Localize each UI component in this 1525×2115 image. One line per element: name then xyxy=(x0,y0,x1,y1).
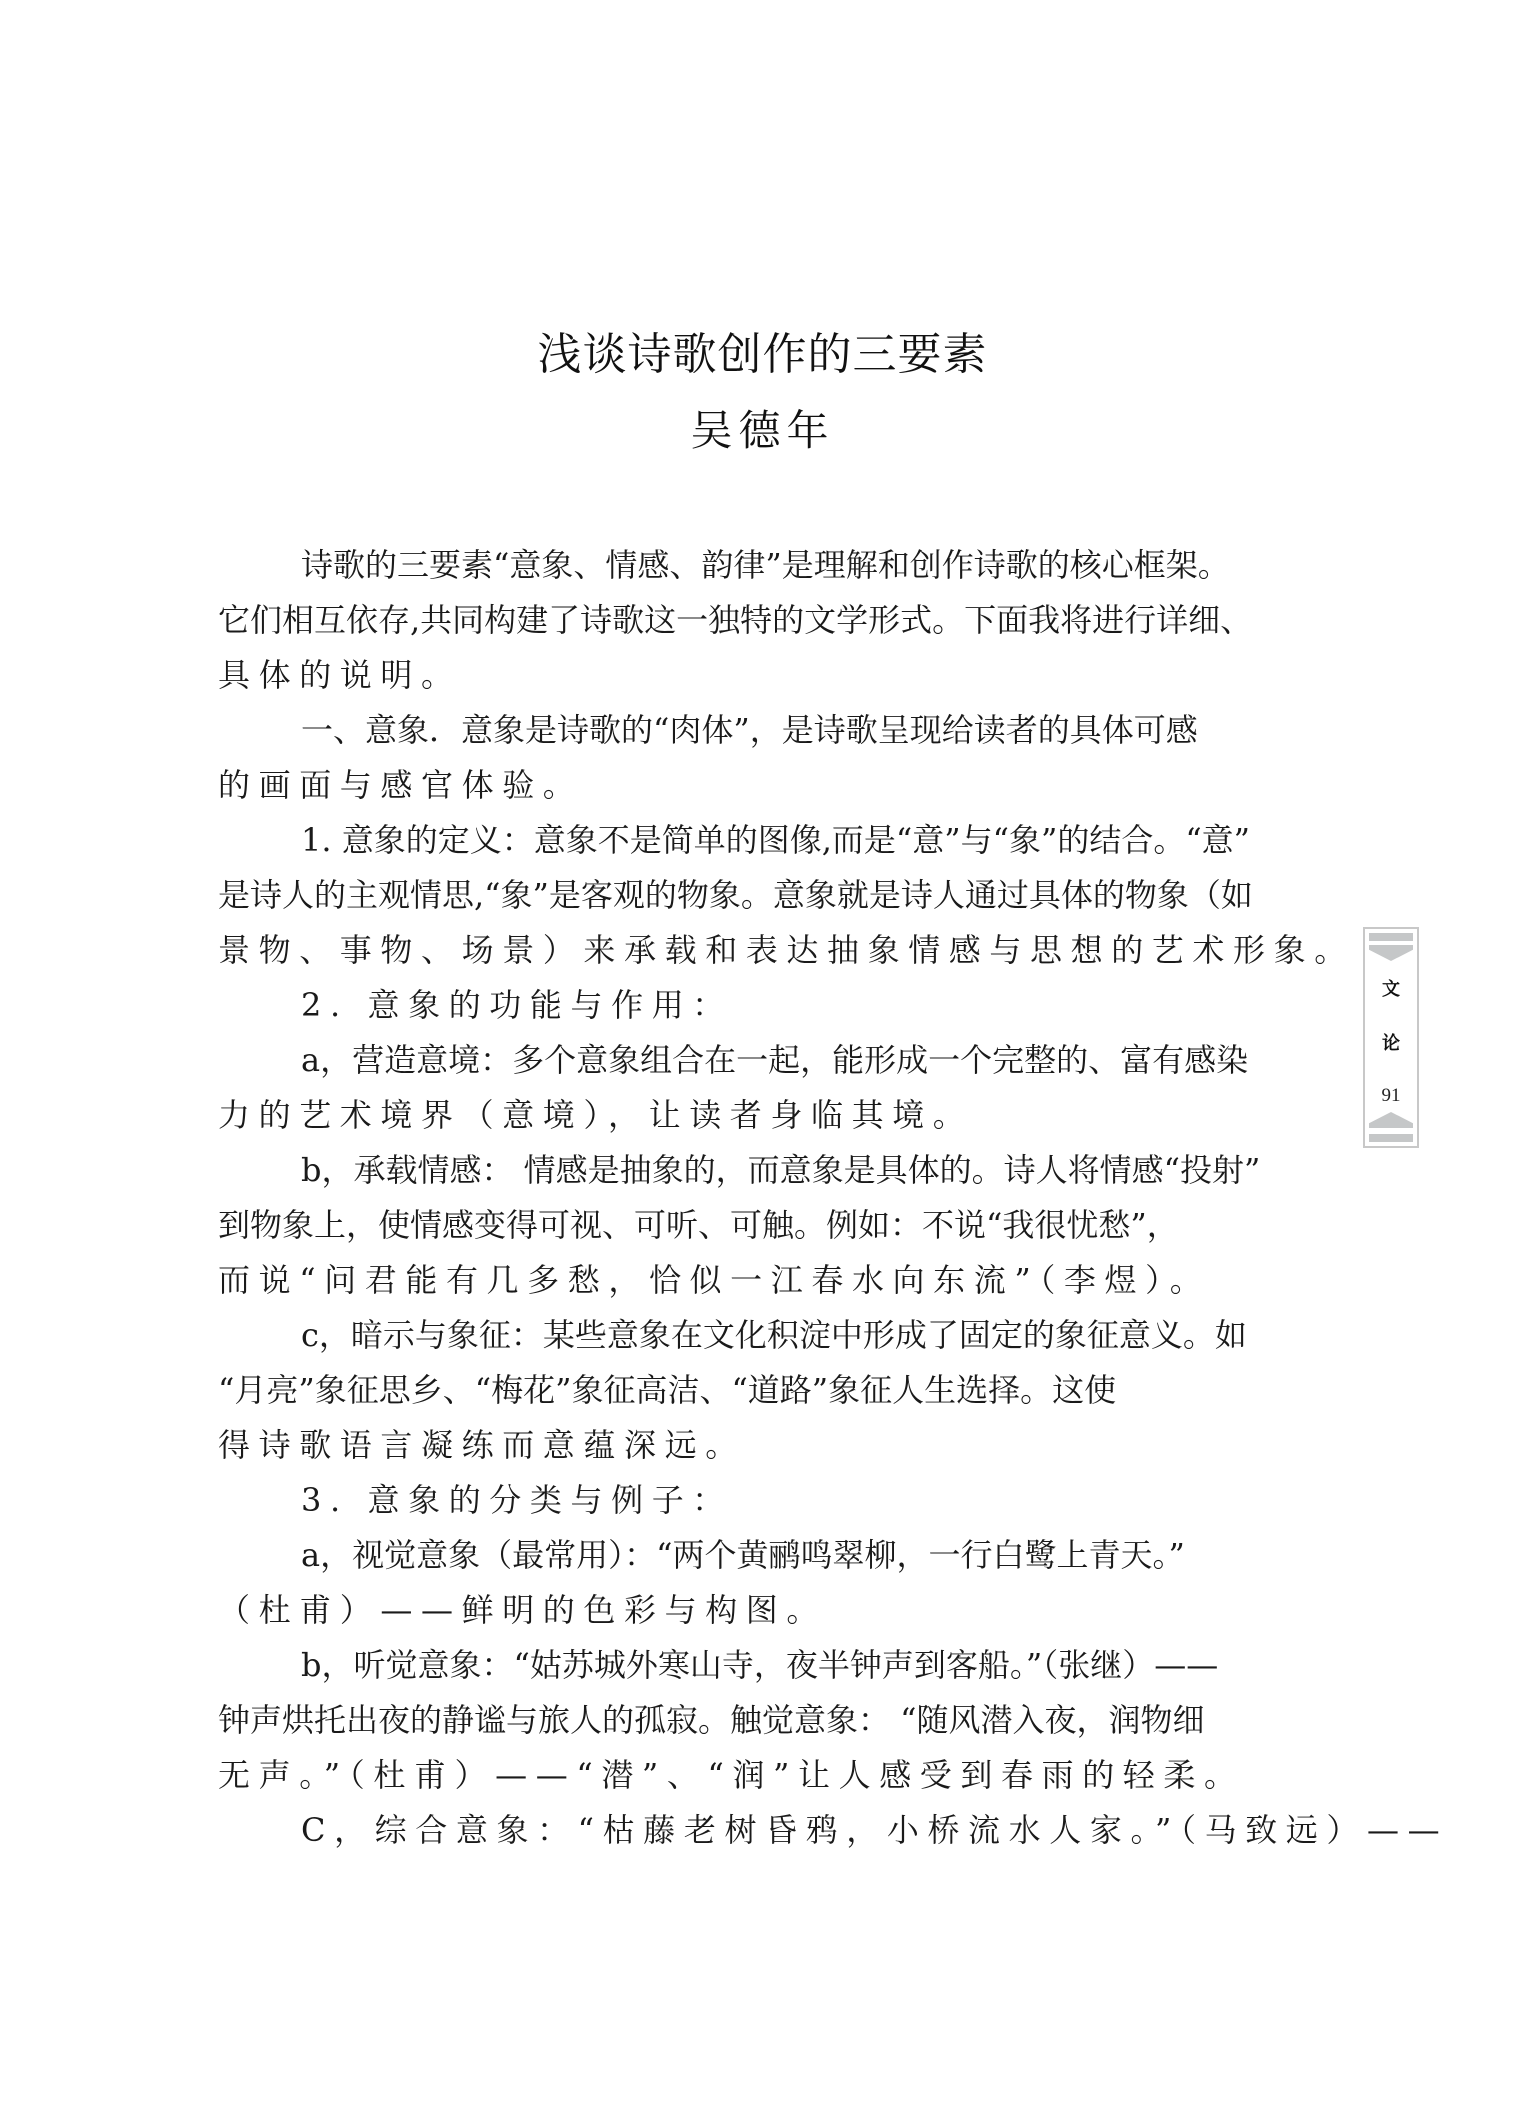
paragraph: C，综合意象：“枯藤老树昏鸦，小桥流水人家。”（马致远）—— xyxy=(218,1803,1308,1858)
tab-top-chevron xyxy=(1369,945,1413,961)
paragraph: a，营造意境：多个意象组合在一起，能形成一个完整的、富有感染力的艺术境界（意境）… xyxy=(218,1033,1308,1143)
text-line: 无声。”（杜甫）——“潜”、“润”让人感受到春雨的轻柔。 xyxy=(218,1748,1308,1803)
page-number: 91 xyxy=(1365,1085,1417,1107)
tab-bottom-bar xyxy=(1369,1134,1413,1142)
text-line: 景物、事物、场景）来承载和表达抽象情感与思想的艺术形象。 xyxy=(218,923,1308,978)
paragraph: 3. 意象的分类与例子： xyxy=(218,1473,1308,1528)
paragraph: c，暗示与象征：某些意象在文化积淀中形成了固定的象征意义。如“月亮”象征思乡、“… xyxy=(218,1308,1308,1473)
paragraph: 一、意象．意象是诗歌的“肉体”，是诗歌呈现给读者的具体可感的画面与感官体验。 xyxy=(218,703,1308,813)
text-line: “月亮”象征思乡、“梅花”象征高洁、“道路”象征人生选择。这使 xyxy=(218,1363,1308,1418)
text-line: 钟声烘托出夜的静谧与旅人的孤寂。触觉意象： “随风潜入夜，润物细 xyxy=(218,1693,1308,1748)
text-line: 力的艺术境界（意境），让读者身临其境。 xyxy=(218,1088,1308,1143)
text-line: C，综合意象：“枯藤老树昏鸦，小桥流水人家。”（马致远）—— xyxy=(218,1803,1308,1858)
text-line: 2. 意象的功能与作用： xyxy=(218,978,1308,1033)
tab-char-wen: 文 xyxy=(1365,975,1417,1001)
text-line: 3. 意象的分类与例子： xyxy=(218,1473,1308,1528)
text-line: 到物象上，使情感变得可视、可听、可触。例如：不说“我很忧愁”， xyxy=(218,1198,1308,1253)
text-line: c，暗示与象征：某些意象在文化积淀中形成了固定的象征意义。如 xyxy=(218,1308,1308,1363)
paragraph: a，视觉意象（最常用）：“两个黄鹂鸣翠柳，一行白鹭上青天。”（杜甫）——鲜明的色… xyxy=(218,1528,1308,1638)
paragraph: 1. 意象的定义：意象不是简单的图像,而是“意”与“象”的结合。“意”是诗人的主… xyxy=(218,813,1308,978)
paragraph: 2. 意象的功能与作用： xyxy=(218,978,1308,1033)
text-line: 得诗歌语言凝练而意蕴深远。 xyxy=(218,1418,1308,1473)
tab-char-lun: 论 xyxy=(1365,1029,1417,1055)
text-line: 1. 意象的定义：意象不是简单的图像,而是“意”与“象”的结合。“意” xyxy=(218,813,1308,868)
text-line: a，视觉意象（最常用）：“两个黄鹂鸣翠柳，一行白鹭上青天。” xyxy=(218,1528,1308,1583)
paragraph: 诗歌的三要素“意象、情感、韵律”是理解和创作诗歌的核心框架。它们相互依存,共同构… xyxy=(218,538,1308,703)
text-line: 它们相互依存,共同构建了诗歌这一独特的文学形式。下面我将进行详细、 xyxy=(218,593,1308,648)
tab-bottom-chevron xyxy=(1369,1112,1413,1128)
article-author: 吴德年 xyxy=(0,398,1525,458)
text-line: 一、意象．意象是诗歌的“肉体”，是诗歌呈现给读者的具体可感 xyxy=(218,703,1308,758)
text-line: （杜甫）——鲜明的色彩与构图。 xyxy=(218,1583,1308,1638)
text-line: 诗歌的三要素“意象、情感、韵律”是理解和创作诗歌的核心框架。 xyxy=(218,538,1308,593)
text-line: b，听觉意象：“姑苏城外寒山寺，夜半钟声到客船。”（张继）—— xyxy=(218,1638,1308,1693)
section-side-tab: 文 论 91 xyxy=(1363,927,1419,1148)
paragraph: b，听觉意象：“姑苏城外寒山寺，夜半钟声到客船。”（张继）——钟声烘托出夜的静谧… xyxy=(218,1638,1308,1803)
tab-top-bar xyxy=(1369,933,1413,941)
article-body: 诗歌的三要素“意象、情感、韵律”是理解和创作诗歌的核心框架。它们相互依存,共同构… xyxy=(218,538,1308,1858)
paragraph: b，承载情感： 情感是抽象的，而意象是具体的。诗人将情感“投射”到物象上，使情感… xyxy=(218,1143,1308,1308)
text-line: 而说“问君能有几多愁，恰似一江春水向东流”（李煜）。 xyxy=(218,1253,1308,1308)
article-title: 浅谈诗歌创作的三要素 xyxy=(0,318,1525,382)
text-line: b，承载情感： 情感是抽象的，而意象是具体的。诗人将情感“投射” xyxy=(218,1143,1308,1198)
text-line: 是诗人的主观情思,“象”是客观的物象。意象就是诗人通过具体的物象（如 xyxy=(218,868,1308,923)
text-line: a，营造意境：多个意象组合在一起，能形成一个完整的、富有感染 xyxy=(218,1033,1308,1088)
text-line: 具体的说明。 xyxy=(218,648,1308,703)
text-line: 的画面与感官体验。 xyxy=(218,758,1308,813)
